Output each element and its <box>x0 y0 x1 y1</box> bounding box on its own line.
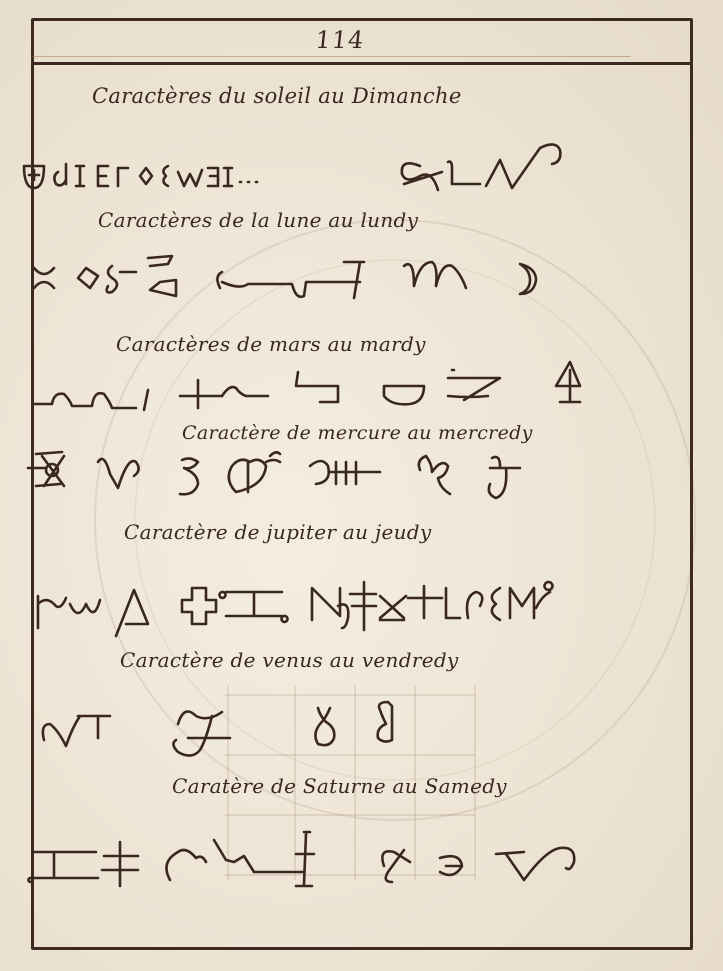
saturn-glyph-e <box>440 856 462 875</box>
sun-glyph-w <box>178 170 202 186</box>
jupiter-glyph-p <box>467 592 482 618</box>
venus-glyph-f <box>173 712 230 756</box>
moon-glyph-s <box>107 266 136 292</box>
moon-glyph-diamond <box>78 268 98 288</box>
saturn-glyph-i2 <box>296 832 314 886</box>
jupiter-glyph-l <box>446 588 460 618</box>
moon-glyph-box <box>148 256 176 296</box>
sun-glyph-l <box>448 162 480 184</box>
jupiter-glyph-a <box>116 590 148 636</box>
moon-glyph-m <box>404 262 466 288</box>
sun-glyph-e <box>98 166 108 186</box>
saturn-glyph-f <box>102 842 138 886</box>
mercury-glyph-r <box>419 456 450 494</box>
sun-glyph-n <box>486 144 560 188</box>
moon-glyph-wave <box>217 262 364 298</box>
venus-glyph-8 <box>315 708 334 745</box>
planetary-characters <box>0 0 723 971</box>
jupiter-glyph-m <box>510 582 553 618</box>
saturn-glyph-i <box>29 852 99 882</box>
saturn-glyph-w <box>496 848 574 880</box>
jupiter-glyph-2 <box>70 600 100 613</box>
sun-glyph-shield <box>24 166 44 188</box>
venus-glyph-1 <box>43 716 110 746</box>
sun-glyph-brace <box>163 166 168 186</box>
jupiter-glyph-1 <box>38 596 66 628</box>
jupiter-glyph-cross <box>182 588 216 624</box>
mercury-glyph-x <box>28 452 64 486</box>
sun-glyph-loop <box>402 163 442 190</box>
sun-glyph-i2 <box>224 168 232 186</box>
sun-glyph-r <box>118 168 128 186</box>
venus-glyph-b <box>378 702 392 742</box>
mars-glyph-cross <box>180 380 222 408</box>
sun-glyph-diamond <box>140 168 152 184</box>
glyph-row-soleil <box>24 144 560 190</box>
glyph-row-mars <box>34 362 580 410</box>
jupiter-glyph-n <box>312 588 348 628</box>
mars-glyph-bowl <box>384 386 424 404</box>
glyph-row-mercure <box>28 452 520 498</box>
jupiter-glyph-brace <box>492 588 500 620</box>
moon-glyph-crescent <box>520 264 536 294</box>
moon-glyph-x <box>34 268 54 288</box>
mercury-glyph-heart <box>229 452 280 492</box>
glyph-row-saturne <box>29 832 575 886</box>
glyph-row-lune <box>34 256 536 298</box>
sun-glyph-reverse-e <box>208 168 218 186</box>
mars-glyph-bracket <box>296 372 338 402</box>
mercury-glyph-hash <box>310 461 380 484</box>
jupiter-glyph-dagger <box>350 582 376 630</box>
sun-glyph-i <box>76 166 84 186</box>
glyph-row-venus <box>43 702 392 756</box>
jupiter-glyph-t <box>408 586 442 618</box>
glyph-row-jupiter <box>38 582 553 636</box>
mars-glyph-hook <box>222 387 268 396</box>
mercury-glyph-three <box>180 458 198 494</box>
sun-glyph-d <box>54 164 66 185</box>
jupiter-glyph-x <box>380 596 406 620</box>
mercury-glyph-j <box>489 457 520 498</box>
mars-glyph-arrow <box>556 362 580 402</box>
saturn-glyph-wave <box>166 840 304 880</box>
mars-glyph-wave <box>34 390 148 410</box>
mars-glyph-z <box>448 370 500 400</box>
mercury-glyph-check <box>98 459 139 488</box>
saturn-glyph-x <box>382 850 410 882</box>
jupiter-glyph-i-beam <box>220 592 288 622</box>
